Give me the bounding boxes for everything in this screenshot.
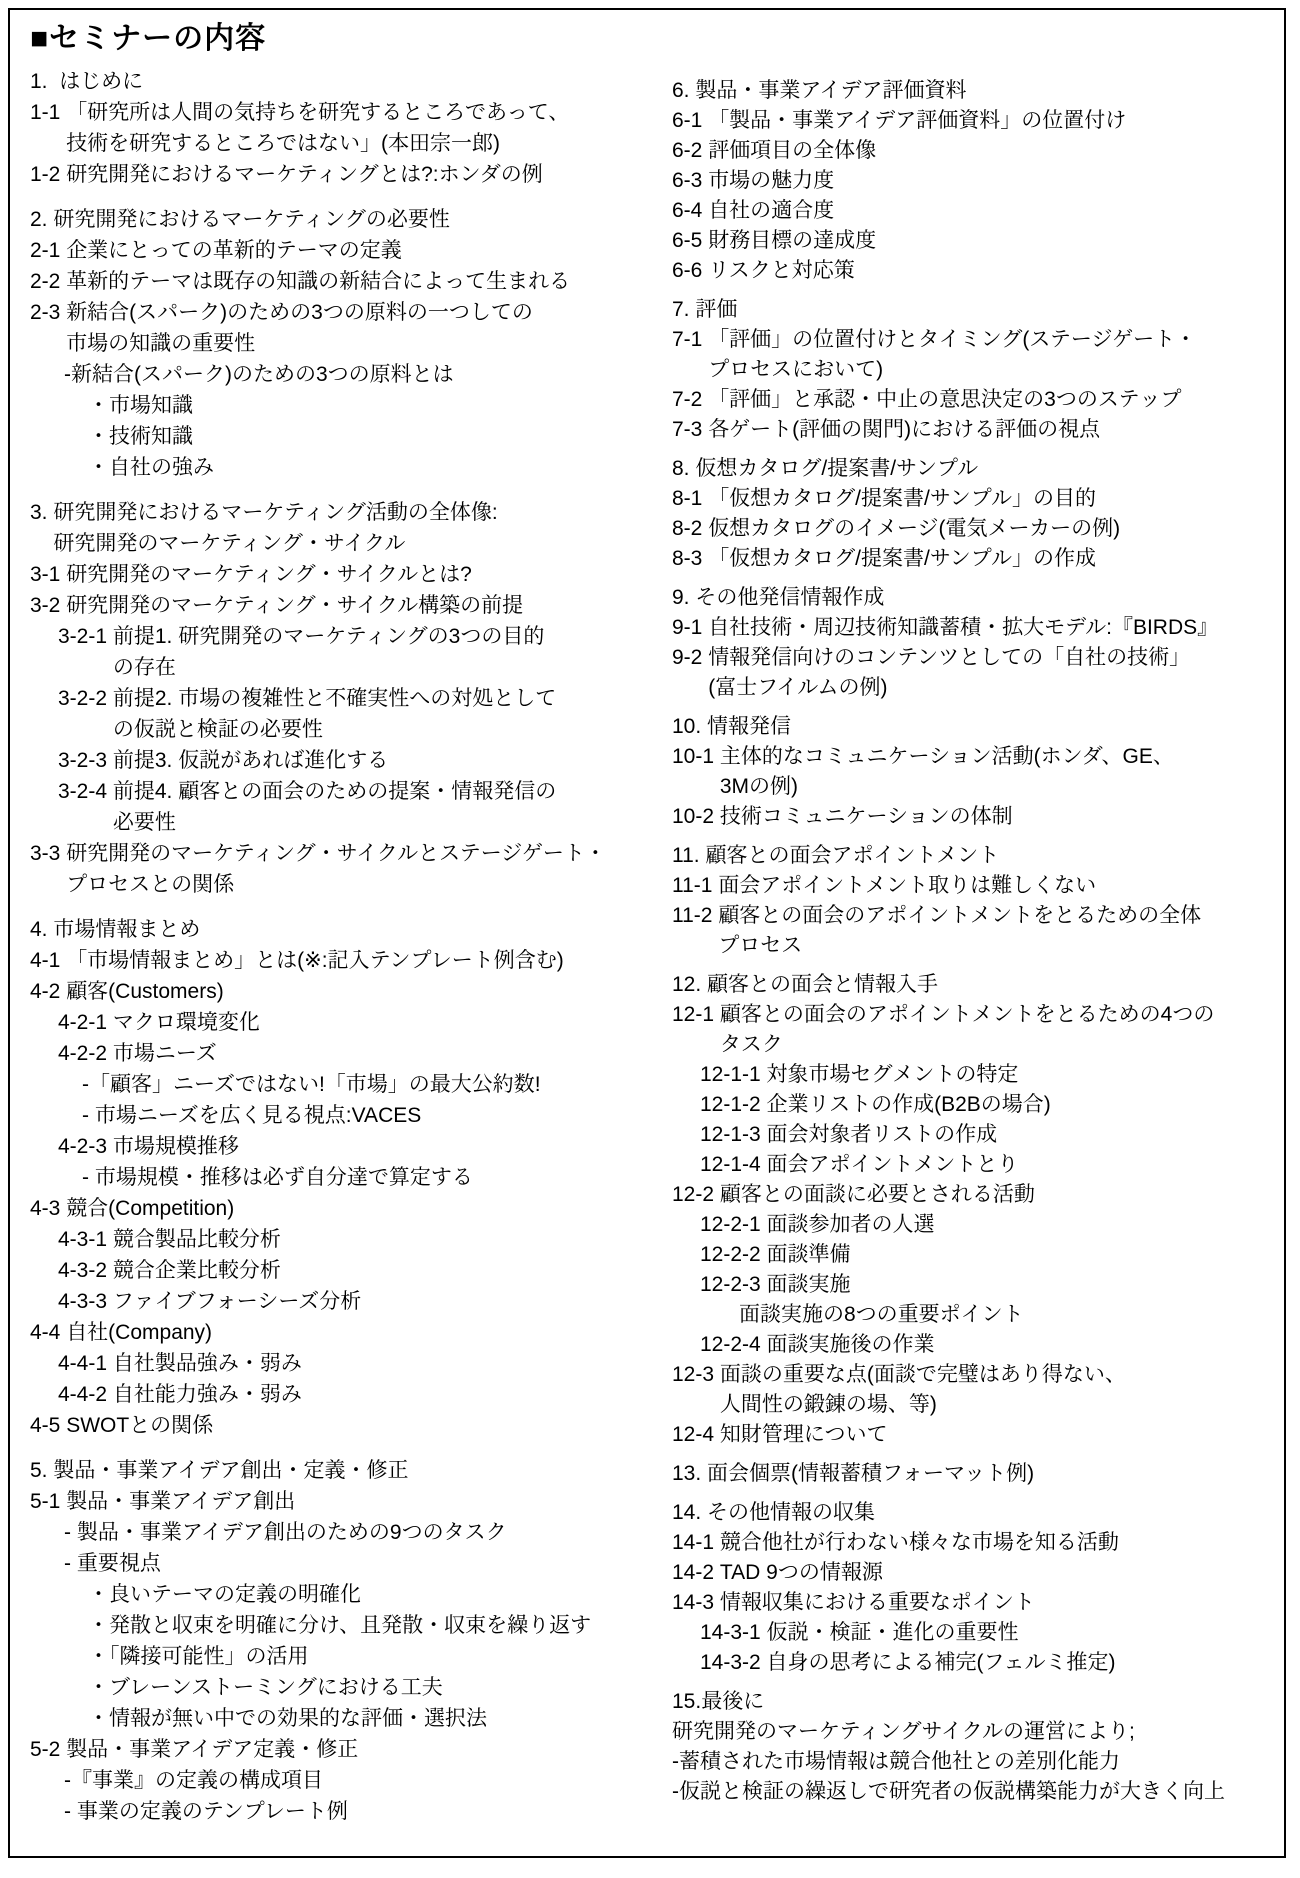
- item-number: 2-2: [30, 266, 66, 297]
- item-number: 12-2-2: [700, 1240, 767, 1270]
- outline-item: ・良いテーマの定義の明確化: [88, 1579, 652, 1610]
- outline-item: 11-2 顧客との面会のアポイントメントをとるための全体 プロセス: [672, 901, 1288, 961]
- item-text: - 製品・事業アイデア創出のための9つのタスク: [64, 1517, 507, 1548]
- outline-item: 12-2-2 面談準備: [700, 1240, 1288, 1270]
- item-text: -新結合(スパーク)のための3つの原料とは: [64, 359, 454, 390]
- item-number: 6-5: [672, 226, 708, 256]
- outline-section: 9. その他発信情報作成9-1 自社技術・周辺技術知識蓄積・拡大モデル:『BIR…: [672, 583, 1288, 703]
- item-text: 情報発信向けのコンテンツとしての「自社の技術」 (富士フイルムの例): [708, 643, 1190, 703]
- outline-item: 6-6 リスクと対応策: [672, 256, 1288, 286]
- outline-item: 6-4 自社の適合度: [672, 196, 1288, 226]
- item-number: 6-3: [672, 166, 708, 196]
- outline-item: 10-2 技術コミュニケーションの体制: [672, 802, 1288, 832]
- item-text: 技術コミュニケーションの体制: [720, 802, 1013, 832]
- outline-item: 7-3 各ゲート(評価の関門)における評価の視点: [672, 415, 1288, 445]
- item-text: 研究開発におけるマーケティングとは?:ホンダの例: [66, 159, 543, 190]
- item-text: マクロ環境変化: [113, 1007, 260, 1038]
- outline-item: - 重要視点: [64, 1548, 652, 1579]
- item-text: -仮説と検証の繰返しで研究者の仮説構築能力が大きく向上: [672, 1777, 1225, 1807]
- outline-item: 14-2 TAD 9つの情報源: [672, 1558, 1288, 1588]
- item-text: 企業にとっての革新的テーマの定義: [66, 235, 402, 266]
- outline-section: 6. 製品・事業アイデア評価資料6-1 「製品・事業アイデア評価資料」の位置付け…: [672, 76, 1288, 286]
- item-number: 4-3-2: [58, 1255, 113, 1286]
- item-number: 3-2-3: [58, 745, 113, 776]
- outline-section: 1. はじめに1-1 「研究所は人間の気持ちを研究するところであって、 技術を研…: [30, 66, 652, 190]
- outline-item: 4. 市場情報まとめ: [30, 914, 652, 945]
- outline-item: 3-1 研究開発のマーケティング・サイクルとは?: [30, 559, 652, 590]
- item-text: 対象市場セグメントの特定: [767, 1060, 1019, 1090]
- outline-section: 8. 仮想カタログ/提案書/サンプル8-1 「仮想カタログ/提案書/サンプル」の…: [672, 454, 1288, 574]
- item-number: 4-3-3: [58, 1286, 113, 1317]
- outline-item: 12-4 知財管理について: [672, 1420, 1288, 1450]
- item-text: 企業リストの作成(B2Bの場合): [767, 1090, 1051, 1120]
- item-text: 主体的なコミュニケーション活動(ホンダ、GE、 3Mの例): [720, 742, 1174, 802]
- item-text: - 市場規模・推移は必ず自分達で算定する: [82, 1162, 473, 1193]
- outline-item: 8. 仮想カタログ/提案書/サンプル: [672, 454, 1288, 484]
- outline-item: 1. はじめに: [30, 66, 652, 97]
- outline-item: 3-2-1 前提1. 研究開発のマーケティングの3つの目的 の存在: [58, 621, 652, 683]
- item-text: 面談の重要な点(面談で完璧はあり得ない、 人間性の鍛錬の場、等): [720, 1360, 1126, 1420]
- item-text: その他発信情報作成: [695, 583, 884, 613]
- outline-item: 4-4-1 自社製品強み・弱み: [58, 1348, 652, 1379]
- outline-item: 2-3 新結合(スパーク)のための3つの原料の一つしての 市場の知識の重要性: [30, 297, 652, 359]
- item-number: 6.: [672, 76, 695, 106]
- outline-item: 14-3 情報収集における重要なポイント: [672, 1588, 1288, 1618]
- item-number: 12-1-4: [700, 1150, 767, 1180]
- item-number: 5-2: [30, 1734, 66, 1765]
- outline-section: 11. 顧客との面会アポイントメント11-1 面会アポイントメント取りは難しくな…: [672, 841, 1288, 961]
- item-text: 市場情報まとめ: [53, 914, 200, 945]
- item-text: 革新的テーマは既存の知識の新結合によって生まれる: [66, 266, 570, 297]
- item-number: 13.: [672, 1459, 707, 1489]
- item-text: 自社(Company): [66, 1317, 212, 1348]
- item-number: 4-2-1: [58, 1007, 113, 1038]
- item-number: 12-2-1: [700, 1210, 767, 1240]
- outline-item: ・市場知識: [88, 390, 652, 421]
- item-text: 顧客(Customers): [66, 976, 224, 1007]
- item-text: 財務目標の達成度: [708, 226, 876, 256]
- item-text: 市場ニーズ: [113, 1038, 217, 1069]
- outline-item: 4-2-3 市場規模推移: [58, 1131, 652, 1162]
- outline-section: 15.最後に研究開発のマーケティングサイクルの運営により;-蓄積された市場情報は…: [672, 1687, 1288, 1807]
- item-number: 3-3: [30, 838, 66, 900]
- outline-section: 14. その他情報の収集14-1 競合他社が行わない様々な市場を知る活動14-2…: [672, 1498, 1288, 1678]
- item-number: 12-1-1: [700, 1060, 767, 1090]
- outline-column-left: 1. はじめに1-1 「研究所は人間の気持ちを研究するところであって、 技術を研…: [30, 66, 652, 1827]
- item-text: 仮想カタログのイメージ(電気メーカーの例): [708, 514, 1120, 544]
- outline-item: ・自社の強み: [88, 452, 652, 483]
- outline-item: - 事業の定義のテンプレート例: [64, 1796, 652, 1827]
- outline-item: 12-2-3 面談実施: [700, 1270, 1288, 1300]
- item-text: 各ゲート(評価の関門)における評価の視点: [708, 415, 1100, 445]
- outline-item: 11. 顧客との面会アポイントメント: [672, 841, 1288, 871]
- outline-item: 3-2-3 前提3. 仮説があれば進化する: [58, 745, 652, 776]
- item-text: ・情報が無い中での効果的な評価・選択法: [88, 1703, 487, 1734]
- outline-item: 12-1 顧客との面会のアポイントメントをとるための4つの タスク: [672, 1000, 1288, 1060]
- outline-item: 2-1 企業にとっての革新的テーマの定義: [30, 235, 652, 266]
- outline-item: 4-4-2 自社能力強み・弱み: [58, 1379, 652, 1410]
- item-number: 14-3-2: [700, 1648, 767, 1678]
- outline-section: 2. 研究開発におけるマーケティングの必要性2-1 企業にとっての革新的テーマの…: [30, 204, 652, 483]
- item-number: 12-2: [672, 1180, 720, 1210]
- outline-item: 12. 顧客との面会と情報入手: [672, 970, 1288, 1000]
- item-text: - 事業の定義のテンプレート例: [64, 1796, 348, 1827]
- item-number: 14.: [672, 1498, 707, 1528]
- item-text: 「仮想カタログ/提案書/サンプル」の作成: [708, 544, 1096, 574]
- outline-item: 8-3 「仮想カタログ/提案書/サンプル」の作成: [672, 544, 1288, 574]
- outline-item: 1-2 研究開発におけるマーケティングとは?:ホンダの例: [30, 159, 652, 190]
- outline-item: - 市場規模・推移は必ず自分達で算定する: [82, 1162, 652, 1193]
- item-text: 前提2. 市場の複雑性と不確実性への対処として の仮説と検証の必要性: [113, 683, 556, 745]
- item-text: 「仮想カタログ/提案書/サンプル」の目的: [708, 484, 1096, 514]
- outline-columns: 1. はじめに1-1 「研究所は人間の気持ちを研究するところであって、 技術を研…: [30, 66, 1274, 1827]
- outline-item: 4-3-3 ファイブフォーシーズ分析: [58, 1286, 652, 1317]
- item-text: 知財管理について: [720, 1420, 888, 1450]
- outline-item: 8-2 仮想カタログのイメージ(電気メーカーの例): [672, 514, 1288, 544]
- outline-item: 12-3 面談の重要な点(面談で完璧はあり得ない、 人間性の鍛錬の場、等): [672, 1360, 1288, 1420]
- outline-item: 12-1-2 企業リストの作成(B2Bの場合): [700, 1090, 1288, 1120]
- item-number: 1-2: [30, 159, 66, 190]
- outline-item: 4-2-2 市場ニーズ: [58, 1038, 652, 1069]
- item-number: 1-1: [30, 97, 66, 159]
- item-text: ・ブレーンストーミングにおける工夫: [88, 1672, 443, 1703]
- outline-section: 5. 製品・事業アイデア創出・定義・修正5-1 製品・事業アイデア創出- 製品・…: [30, 1455, 652, 1827]
- item-number: 6-6: [672, 256, 708, 286]
- item-text: 製品・事業アイデア創出: [66, 1486, 295, 1517]
- item-number: 3-2-2: [58, 683, 113, 745]
- outline-item: 5. 製品・事業アイデア創出・定義・修正: [30, 1455, 652, 1486]
- outline-item: 7-2 「評価」と承認・中止の意思決定の3つのステップ: [672, 385, 1288, 415]
- item-number: 2-3: [30, 297, 66, 359]
- outline-section: 12. 顧客との面会と情報入手12-1 顧客との面会のアポイントメントをとるため…: [672, 970, 1288, 1450]
- outline-item: -蓄積された市場情報は競合他社との差別化能力: [672, 1747, 1288, 1777]
- item-number: 8-2: [672, 514, 708, 544]
- item-number: 7-2: [672, 385, 708, 415]
- outline-item: 4-1 「市場情報まとめ」とは(※:記入テンプレート例含む): [30, 945, 652, 976]
- outline-item: 14-3-1 仮説・検証・進化の重要性: [700, 1618, 1288, 1648]
- outline-section: 4. 市場情報まとめ4-1 「市場情報まとめ」とは(※:記入テンプレート例含む)…: [30, 914, 652, 1441]
- outline-item: 7-1 「評価」の位置付けとタイミング(ステージゲート・ プロセスにおいて): [672, 325, 1288, 385]
- item-number: 7.: [672, 295, 695, 325]
- outline-item: -『事業』の定義の構成項目: [64, 1765, 652, 1796]
- item-text: 評価: [695, 295, 737, 325]
- item-text: 競合他社が行わない様々な市場を知る活動: [720, 1528, 1119, 1558]
- item-number: 3-2: [30, 590, 66, 621]
- outline-item: 11-1 面会アポイントメント取りは難しくない: [672, 871, 1288, 901]
- outline-item: 10. 情報発信: [672, 712, 1288, 742]
- item-text: 面談参加者の人選: [767, 1210, 935, 1240]
- item-text: 「評価」と承認・中止の意思決定の3つのステップ: [708, 385, 1181, 415]
- outline-section: 7. 評価7-1 「評価」の位置付けとタイミング(ステージゲート・ プロセスにお…: [672, 295, 1288, 445]
- item-number: 14-3: [672, 1588, 720, 1618]
- item-text: 情報収集における重要なポイント: [720, 1588, 1035, 1618]
- item-number: 4-4: [30, 1317, 66, 1348]
- item-text: - 重要視点: [64, 1548, 161, 1579]
- item-text: 競合製品比較分析: [113, 1224, 281, 1255]
- item-number: 8.: [672, 454, 695, 484]
- item-number: 4.: [30, 914, 53, 945]
- item-text: TAD 9つの情報源: [720, 1558, 883, 1588]
- item-text: 「製品・事業アイデア評価資料」の位置付け: [708, 106, 1126, 136]
- outline-item: 14-3-2 自身の思考による補完(フェルミ推定): [700, 1648, 1288, 1678]
- outline-item: - 製品・事業アイデア創出のための9つのタスク: [64, 1517, 652, 1548]
- outline-item: 6-5 財務目標の達成度: [672, 226, 1288, 256]
- item-text: 研究開発のマーケティングサイクルの運営により;: [672, 1717, 1135, 1747]
- item-text: -「顧客」ニーズではない!「市場」の最大公約数!: [82, 1069, 541, 1100]
- item-number: 4-2-2: [58, 1038, 113, 1069]
- item-number: 9-1: [672, 613, 708, 643]
- page-title: ■セミナーの内容: [30, 20, 1274, 58]
- item-text: 前提3. 仮説があれば進化する: [113, 745, 388, 776]
- outline-item: 3-3 研究開発のマーケティング・サイクルとステージゲート・ プロセスとの関係: [30, 838, 652, 900]
- item-text: 顧客との面会と情報入手: [707, 970, 938, 1000]
- item-text: 競合企業比較分析: [113, 1255, 281, 1286]
- outline-item: 14-1 競合他社が行わない様々な市場を知る活動: [672, 1528, 1288, 1558]
- outline-item: 12-2 顧客との面談に必要とされる活動: [672, 1180, 1288, 1210]
- item-text: 面会アポイントメント取りは難しくない: [718, 871, 1096, 901]
- outline-section: 10. 情報発信10-1 主体的なコミュニケーション活動(ホンダ、GE、 3Mの…: [672, 712, 1288, 832]
- outline-column-right: 6. 製品・事業アイデア評価資料6-1 「製品・事業アイデア評価資料」の位置付け…: [672, 66, 1288, 1807]
- outline-item: 4-3 競合(Competition): [30, 1193, 652, 1224]
- item-number: 4-2: [30, 976, 66, 1007]
- item-number: 6-1: [672, 106, 708, 136]
- item-number: 5.: [30, 1455, 53, 1486]
- item-number: 9.: [672, 583, 695, 613]
- outline-item: -新結合(スパーク)のための3つの原料とは: [64, 359, 652, 390]
- item-text: 情報発信: [707, 712, 791, 742]
- outline-item: 3-2-4 前提4. 顧客との面会のための提案・情報発信の 必要性: [58, 776, 652, 838]
- item-text: 「市場情報まとめ」とは(※:記入テンプレート例含む): [66, 945, 564, 976]
- item-number: 12-1: [672, 1000, 720, 1060]
- outline-item: 4-4 自社(Company): [30, 1317, 652, 1348]
- item-number: 12-4: [672, 1420, 720, 1450]
- item-text: 自社製品強み・弱み: [113, 1348, 302, 1379]
- item-text: ・「隣接可能性」の活用: [88, 1641, 309, 1672]
- item-number: 12-1-3: [700, 1120, 767, 1150]
- item-number: 2.: [30, 204, 53, 235]
- item-number: 11.: [672, 841, 705, 871]
- outline-item: 2. 研究開発におけるマーケティングの必要性: [30, 204, 652, 235]
- item-text: 製品・事業アイデア評価資料: [695, 76, 966, 106]
- item-text: 面会対象者リストの作成: [767, 1120, 998, 1150]
- outline-item: -「顧客」ニーズではない!「市場」の最大公約数!: [82, 1069, 652, 1100]
- item-text: 研究開発におけるマーケティング活動の全体像: 研究開発のマーケティング・サイクル: [53, 497, 497, 559]
- item-text: 面談実施: [767, 1270, 851, 1300]
- item-number: 9-2: [672, 643, 708, 703]
- item-number: 11-2: [672, 901, 718, 961]
- outline-item: 3. 研究開発におけるマーケティング活動の全体像: 研究開発のマーケティング・サ…: [30, 497, 652, 559]
- item-number: 14-2: [672, 1558, 720, 1588]
- item-text: ・自社の強み: [88, 452, 214, 483]
- item-text: 研究開発のマーケティング・サイクル構築の前提: [66, 590, 523, 621]
- outline-item: 面談実施の8つの重要ポイント: [739, 1300, 1288, 1330]
- outline-item: 9-2 情報発信向けのコンテンツとしての「自社の技術」 (富士フイルムの例): [672, 643, 1288, 703]
- item-text: -『事業』の定義の構成項目: [64, 1765, 323, 1796]
- item-number: 14-3-1: [700, 1618, 767, 1648]
- outline-item: 12-1-4 面会アポイントメントとり: [700, 1150, 1288, 1180]
- item-text: 顧客との面会のアポイントメントをとるための4つの タスク: [720, 1000, 1214, 1060]
- outline-section: 13. 面会個票(情報蓄積フォーマット例): [672, 1459, 1288, 1489]
- item-text: 面談実施の8つの重要ポイント: [739, 1300, 1024, 1330]
- outline-item: 12-1-1 対象市場セグメントの特定: [700, 1060, 1288, 1090]
- item-number: 6-4: [672, 196, 708, 226]
- item-number: 5-1: [30, 1486, 66, 1517]
- item-number: 11-1: [672, 871, 718, 901]
- outline-item: 9. その他発信情報作成: [672, 583, 1288, 613]
- item-text: 面会個票(情報蓄積フォーマット例): [707, 1459, 1034, 1489]
- item-text: ・良いテーマの定義の明確化: [88, 1579, 361, 1610]
- item-text: 製品・事業アイデア定義・修正: [66, 1734, 358, 1765]
- item-text: リスクと対応策: [708, 256, 855, 286]
- item-text: 自身の思考による補完(フェルミ推定): [767, 1648, 1116, 1678]
- item-text: 面談実施後の作業: [767, 1330, 935, 1360]
- item-text: ・市場知識: [88, 390, 193, 421]
- outline-item: 3-2-2 前提2. 市場の複雑性と不確実性への対処として の仮説と検証の必要性: [58, 683, 652, 745]
- item-text: 新結合(スパーク)のための3つの原料の一つしての 市場の知識の重要性: [66, 297, 533, 359]
- outline-item: 13. 面会個票(情報蓄積フォーマット例): [672, 1459, 1288, 1489]
- outline-item: ・技術知識: [88, 421, 652, 452]
- item-number: 2-1: [30, 235, 66, 266]
- item-text: 市場規模推移: [113, 1131, 239, 1162]
- item-number: 3.: [30, 497, 53, 559]
- item-text: 競合(Competition): [66, 1193, 234, 1224]
- outline-item: 4-3-2 競合企業比較分析: [58, 1255, 652, 1286]
- item-text: 「研究所は人間の気持ちを研究するところであって、 技術を研究するところではない」…: [66, 97, 569, 159]
- item-number: 6-2: [672, 136, 708, 166]
- item-text: 前提4. 顧客との面会のための提案・情報発信の 必要性: [113, 776, 556, 838]
- outline-item: ・情報が無い中での効果的な評価・選択法: [88, 1703, 652, 1734]
- item-text: ・発散と収束を明確に分け、且発散・収束を繰り返す: [88, 1610, 591, 1641]
- item-text: SWOTとの関係: [66, 1410, 213, 1441]
- item-text: ・技術知識: [88, 421, 193, 452]
- item-number: 7-3: [672, 415, 708, 445]
- outline-item: 12-2-4 面談実施後の作業: [700, 1330, 1288, 1360]
- item-text: 最後に: [701, 1687, 764, 1717]
- outline-item: - 市場ニーズを広く見る視点:VACES: [82, 1100, 652, 1131]
- item-number: 12-2-4: [700, 1330, 767, 1360]
- item-text: 製品・事業アイデア創出・定義・修正: [53, 1455, 408, 1486]
- item-number: 14-1: [672, 1528, 720, 1558]
- outline-item: 4-3-1 競合製品比較分析: [58, 1224, 652, 1255]
- item-text: ファイブフォーシーズ分析: [113, 1286, 361, 1317]
- item-number: 10-2: [672, 802, 720, 832]
- item-text: 前提1. 研究開発のマーケティングの3つの目的 の存在: [113, 621, 545, 683]
- outline-item: 10-1 主体的なコミュニケーション活動(ホンダ、GE、 3Mの例): [672, 742, 1288, 802]
- item-number: 15.: [672, 1687, 701, 1717]
- item-text: 面談準備: [767, 1240, 851, 1270]
- item-number: 3-2-1: [58, 621, 113, 683]
- item-text: 市場の魅力度: [708, 166, 834, 196]
- outline-item: 2-2 革新的テーマは既存の知識の新結合によって生まれる: [30, 266, 652, 297]
- outline-item: ・ブレーンストーミングにおける工夫: [88, 1672, 652, 1703]
- item-number: 12-2-3: [700, 1270, 767, 1300]
- outline-item: 1-1 「研究所は人間の気持ちを研究するところであって、 技術を研究するところで…: [30, 97, 652, 159]
- item-text: 研究開発のマーケティング・サイクルとは?: [66, 559, 472, 590]
- item-number: 3-1: [30, 559, 66, 590]
- item-text: 「評価」の位置付けとタイミング(ステージゲート・ プロセスにおいて): [708, 325, 1196, 385]
- item-text: 顧客との面会のアポイントメントをとるための全体 プロセス: [718, 901, 1201, 961]
- item-number: 4-3-1: [58, 1224, 113, 1255]
- item-text: 自社技術・周辺技術知識蓄積・拡大モデル:『BIRDS』: [708, 613, 1218, 643]
- item-number: 4-2-3: [58, 1131, 113, 1162]
- outline-item: 12-1-3 面会対象者リストの作成: [700, 1120, 1288, 1150]
- outline-item: 8-1 「仮想カタログ/提案書/サンプル」の目的: [672, 484, 1288, 514]
- item-number: 10-1: [672, 742, 720, 802]
- outline-item: 6-3 市場の魅力度: [672, 166, 1288, 196]
- item-number: 7-1: [672, 325, 708, 385]
- item-number: 4-5: [30, 1410, 66, 1441]
- outline-item: ・発散と収束を明確に分け、且発散・収束を繰り返す: [88, 1610, 652, 1641]
- outline-item: 9-1 自社技術・周辺技術知識蓄積・拡大モデル:『BIRDS』: [672, 613, 1288, 643]
- item-number: 4-4-2: [58, 1379, 113, 1410]
- item-number: 12-1-2: [700, 1090, 767, 1120]
- outline-item: 4-2 顧客(Customers): [30, 976, 652, 1007]
- item-text: 顧客との面会アポイントメント: [705, 841, 999, 871]
- item-text: 仮想カタログ/提案書/サンプル: [695, 454, 978, 484]
- outline-item: ・「隣接可能性」の活用: [88, 1641, 652, 1672]
- item-number: 8-1: [672, 484, 708, 514]
- outline-item: 6. 製品・事業アイデア評価資料: [672, 76, 1288, 106]
- item-text: 自社の適合度: [708, 196, 834, 226]
- item-number: 4-4-1: [58, 1348, 113, 1379]
- outline-item: 研究開発のマーケティングサイクルの運営により;: [672, 1717, 1288, 1747]
- item-text: 仮説・検証・進化の重要性: [767, 1618, 1019, 1648]
- item-number: 1.: [30, 66, 59, 97]
- outline-section: 3. 研究開発におけるマーケティング活動の全体像: 研究開発のマーケティング・サ…: [30, 497, 652, 900]
- outline-item: -仮説と検証の繰返しで研究者の仮説構築能力が大きく向上: [672, 1777, 1288, 1807]
- outline-item: 6-2 評価項目の全体像: [672, 136, 1288, 166]
- item-text: その他情報の収集: [707, 1498, 875, 1528]
- document-frame: ■セミナーの内容 1. はじめに1-1 「研究所は人間の気持ちを研究するところで…: [8, 8, 1286, 1858]
- item-number: 3-2-4: [58, 776, 113, 838]
- outline-item: 6-1 「製品・事業アイデア評価資料」の位置付け: [672, 106, 1288, 136]
- item-number: 4-3: [30, 1193, 66, 1224]
- item-number: 10.: [672, 712, 707, 742]
- outline-item: 15.最後に: [672, 1687, 1288, 1717]
- item-text: -蓄積された市場情報は競合他社との差別化能力: [672, 1747, 1120, 1777]
- item-text: 研究開発のマーケティング・サイクルとステージゲート・ プロセスとの関係: [66, 838, 606, 900]
- item-text: はじめに: [59, 66, 143, 97]
- outline-item: 4-5 SWOTとの関係: [30, 1410, 652, 1441]
- outline-item: 4-2-1 マクロ環境変化: [58, 1007, 652, 1038]
- outline-item: 7. 評価: [672, 295, 1288, 325]
- item-number: 8-3: [672, 544, 708, 574]
- item-number: 12-3: [672, 1360, 720, 1420]
- item-number: 4-1: [30, 945, 66, 976]
- item-text: 自社能力強み・弱み: [113, 1379, 302, 1410]
- item-text: 評価項目の全体像: [708, 136, 876, 166]
- outline-item: 3-2 研究開発のマーケティング・サイクル構築の前提: [30, 590, 652, 621]
- outline-item: 12-2-1 面談参加者の人選: [700, 1210, 1288, 1240]
- item-text: - 市場ニーズを広く見る視点:VACES: [82, 1100, 421, 1131]
- outline-item: 14. その他情報の収集: [672, 1498, 1288, 1528]
- outline-item: 5-1 製品・事業アイデア創出: [30, 1486, 652, 1517]
- item-text: 顧客との面談に必要とされる活動: [720, 1180, 1035, 1210]
- item-text: 研究開発におけるマーケティングの必要性: [53, 204, 449, 235]
- item-number: 12.: [672, 970, 707, 1000]
- item-text: 面会アポイントメントとり: [767, 1150, 1019, 1180]
- outline-item: 5-2 製品・事業アイデア定義・修正: [30, 1734, 652, 1765]
